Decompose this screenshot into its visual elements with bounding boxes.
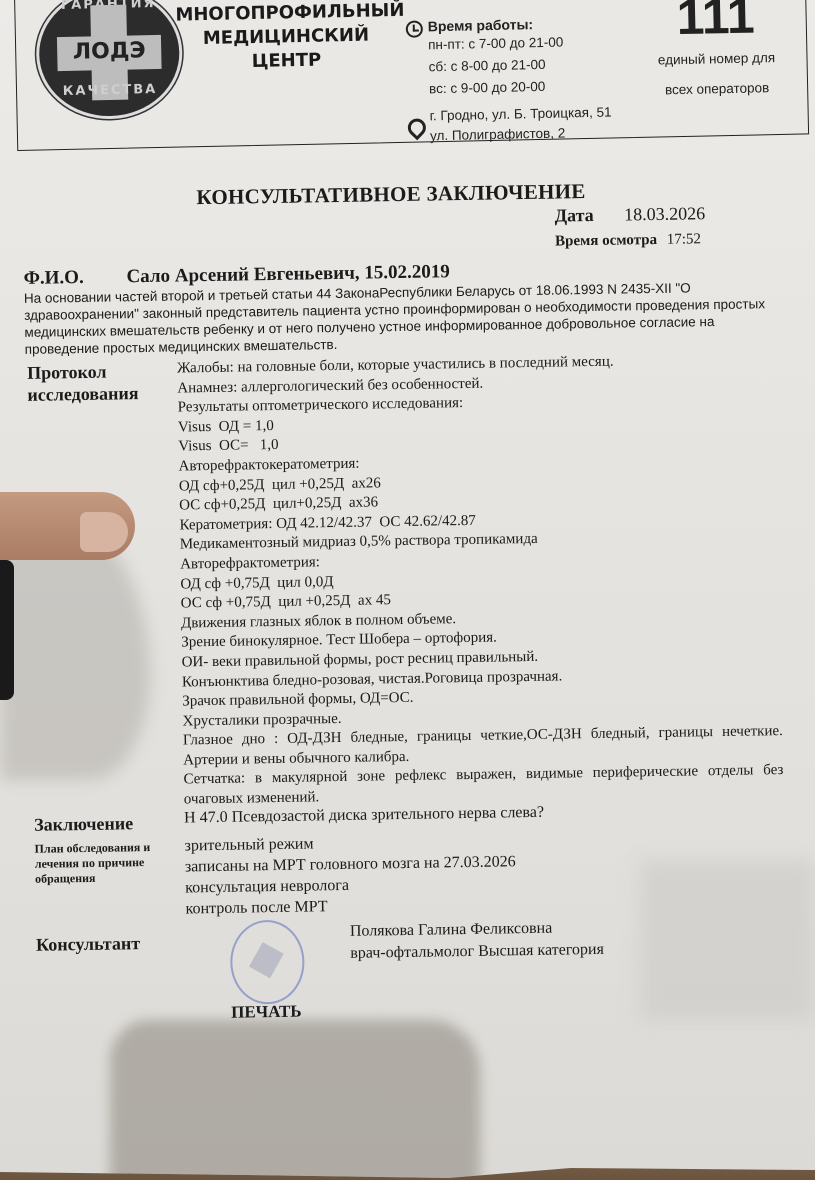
plan-label-line: лечения по причине — [35, 855, 151, 872]
protocol-label-line: исследования — [27, 382, 138, 406]
time-value: 17:52 — [667, 231, 701, 248]
bottom-margin — [0, 1180, 815, 1200]
stamp-label: ПЕЧАТЬ — [231, 1002, 302, 1023]
time-label: Время осмотра — [555, 232, 657, 250]
consultation-document: КОНСУЛЬТАТИВНОЕ ЗАКЛЮЧЕНИЕ Дата 18.03.20… — [0, 0, 815, 1106]
fio-label: Ф.И.О. — [23, 267, 83, 289]
protocol-findings: Жалобы: на головные боли, которые участи… — [177, 350, 784, 810]
consultant-position: врач-офтальмолог Высшая категория — [350, 939, 604, 965]
date-value: 18.03.2026 — [624, 203, 705, 224]
treatment-plan: зрительный режим записаны на МРТ головно… — [184, 826, 785, 919]
plan-label: План обследования и лечения по причине о… — [34, 840, 150, 887]
protocol-label-line: Протокол — [27, 360, 138, 384]
plan-label-line: обращения — [35, 870, 151, 887]
protocol-lines: Жалобы: на головные боли, которые участи… — [177, 350, 783, 732]
date-label: Дата — [555, 205, 594, 226]
exam-date: Дата 18.03.2026 — [555, 203, 706, 226]
protocol-label: Протокол исследования — [27, 360, 139, 406]
exam-time: Время осмотра 17:52 — [555, 231, 701, 250]
sleeve — [0, 560, 14, 700]
conclusion-label: Заключение — [34, 812, 133, 836]
thumbnail — [80, 512, 128, 552]
document-title: КОНСУЛЬТАТИВНОЕ ЗАКЛЮЧЕНИЕ — [196, 179, 586, 210]
doctor-stamp-icon — [230, 920, 305, 1005]
paper-sheet: ГАРАНТИЯ ЛОДЭ КАЧЕСТВА МНОГОПРОФИЛЬНЫЙ М… — [0, 0, 815, 1180]
consultant-info: Полякова Галина Феликсовна врач-офтальмо… — [350, 917, 604, 965]
consultant-label: Консультант — [36, 932, 140, 956]
consent-paragraph: На основании частей второй и третьей ста… — [24, 278, 785, 358]
